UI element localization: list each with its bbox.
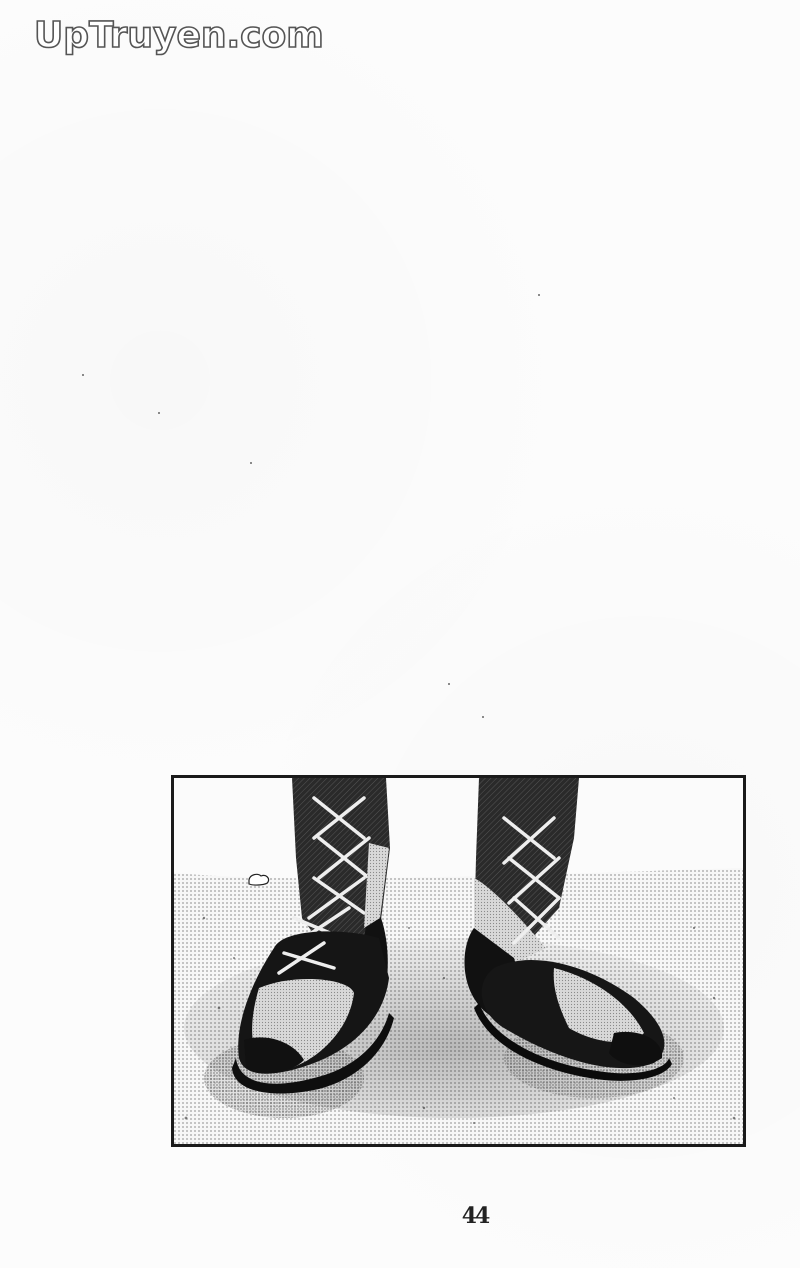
manga-page: UpTruyen.com [0, 0, 800, 1268]
scan-speck [82, 374, 84, 376]
site-watermark: UpTruyen.com [34, 18, 324, 54]
scan-speck [448, 683, 450, 685]
scan-speck [482, 716, 484, 718]
boots-illustration [174, 778, 743, 1144]
comic-panel [171, 775, 746, 1147]
scan-speck [538, 294, 540, 296]
pebble [249, 874, 269, 885]
page-number: 44 [455, 1203, 495, 1229]
scan-speck [158, 412, 160, 414]
scan-speck [250, 462, 252, 464]
